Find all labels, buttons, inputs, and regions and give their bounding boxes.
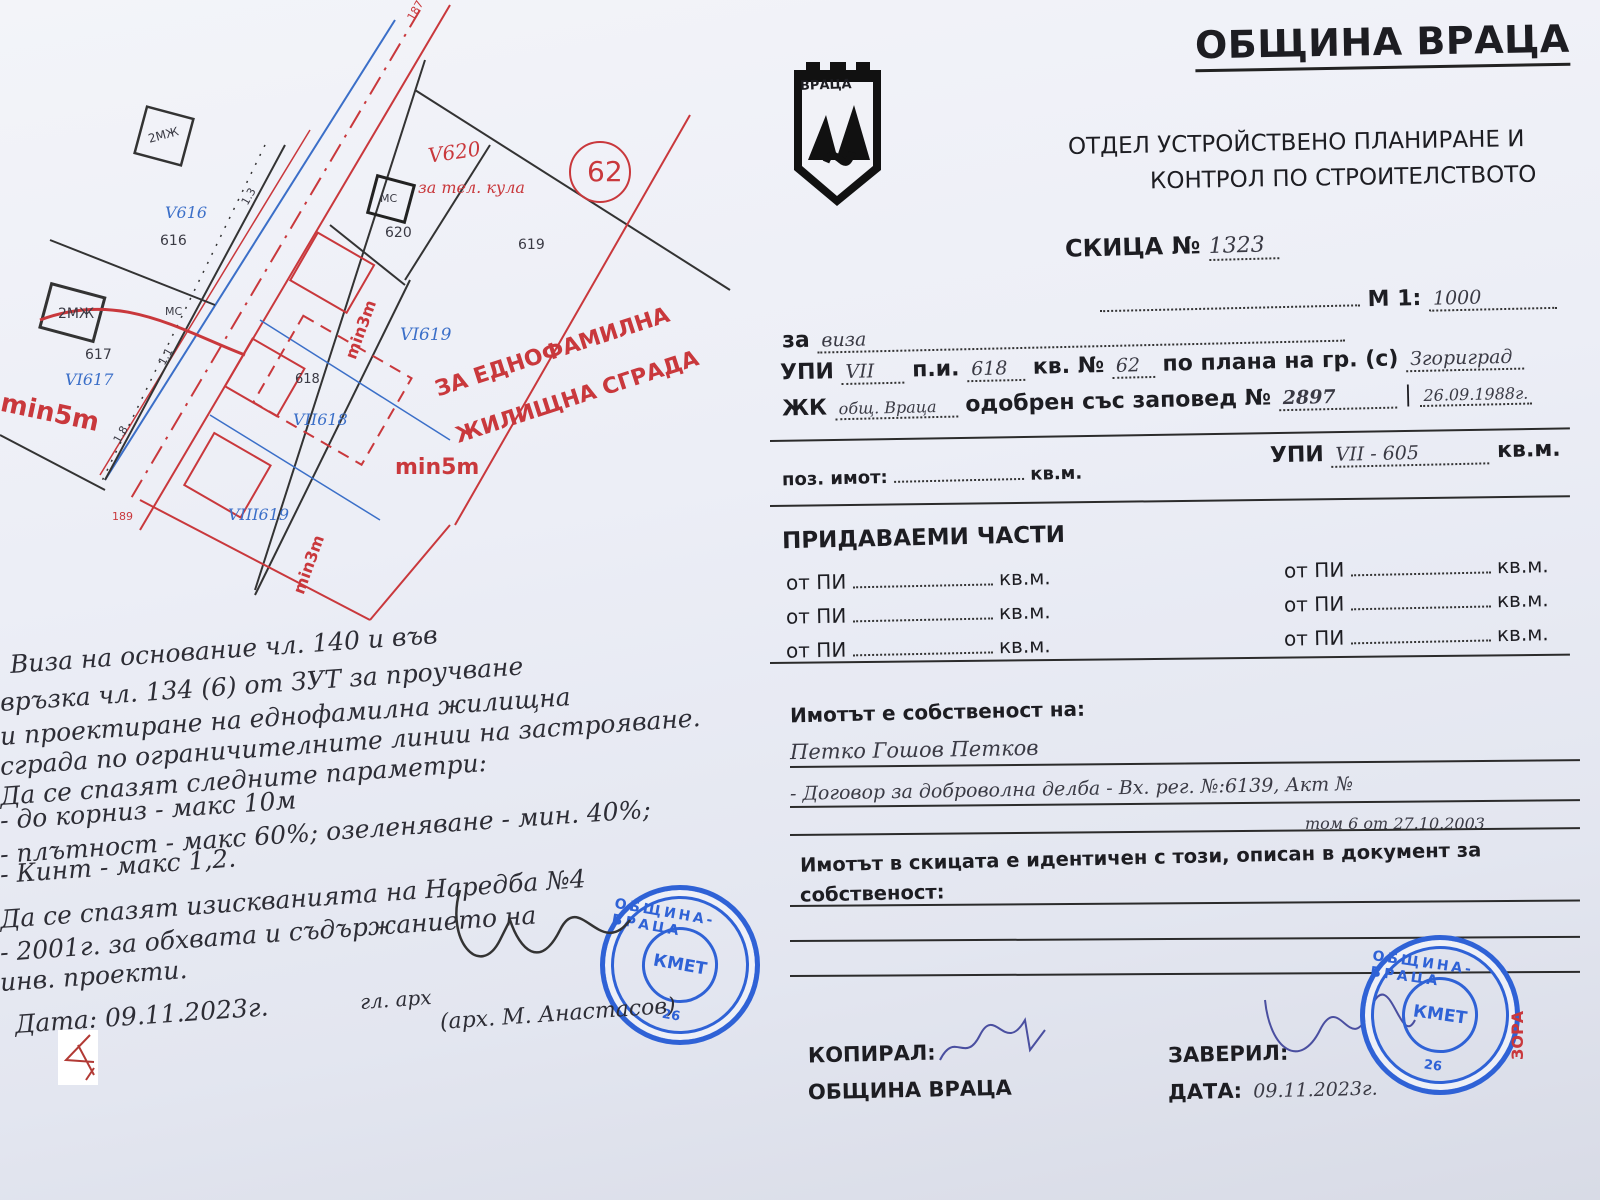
scale-row: М 1: 1000 xyxy=(1100,283,1557,319)
divider xyxy=(770,495,1570,507)
plot-619-vi-label: VI619 xyxy=(400,325,451,345)
block-number: 62 xyxy=(587,155,623,188)
upi2-value: VII - 605 xyxy=(1331,440,1490,468)
pi-617-label: 617 xyxy=(85,347,112,363)
plot-616-label: V616 xyxy=(165,203,207,222)
poz-label: поз. имот: xyxy=(782,467,888,490)
scale-label: М 1: xyxy=(1367,286,1421,312)
upi2-label: УПИ xyxy=(1270,442,1324,468)
crest-label: ВРАЦА xyxy=(800,77,852,94)
building-2mzh-label-2: 2МЖ xyxy=(58,306,94,322)
kv-label: кв. № xyxy=(1033,353,1105,380)
added-part-left-1: от ПИ кв.м. xyxy=(786,565,1051,595)
kv-value: 62 xyxy=(1112,354,1156,379)
signature-copied xyxy=(935,1010,1055,1070)
upi2-unit: кв.м. xyxy=(1497,437,1561,463)
setback-min5m-right: min5m xyxy=(395,455,479,480)
poz-row: поз. имот: кв.м. xyxy=(782,463,1083,491)
identical-text-2: собственост: xyxy=(800,880,945,906)
signature-architect xyxy=(440,880,640,990)
copied-label: КОПИРАЛ: xyxy=(808,1041,936,1068)
date-label: ДАТА: xyxy=(1168,1079,1242,1105)
plot-620-purpose: за тел. кула xyxy=(418,178,525,197)
building-ms-label: МС xyxy=(380,192,397,205)
zhk-label: ЖК xyxy=(782,395,827,421)
department-line-1: ОТДЕЛ УСТРОЙСТВЕНО ПЛАНИРАНЕ И xyxy=(1068,126,1525,160)
sketch-number-row: СКИЦА № 1323 xyxy=(1065,229,1279,265)
pi-value: 618 xyxy=(967,357,1026,382)
added-part-right-1: от ПИ кв.м. xyxy=(1284,553,1549,583)
zhk-value: общ. Враца xyxy=(834,397,957,421)
identical-text: Имотът в скицата е идентичен с този, опи… xyxy=(800,838,1482,876)
for-label: за xyxy=(782,328,810,354)
order-number: 2897 xyxy=(1279,385,1398,412)
for-value: виза xyxy=(817,318,1345,354)
added-part-left-2: от ПИ кв.м. xyxy=(786,599,1051,629)
chief-architect-title: гл. арх xyxy=(359,985,432,1014)
date-value: 09.11.2023г. xyxy=(1249,1078,1382,1103)
watermark-logo xyxy=(58,1030,98,1085)
watermark-right: ЗОРА xyxy=(1508,1011,1527,1060)
sketch-number-label: СКИЦА № xyxy=(1065,231,1201,263)
ownership-deed: - Договор за доброволна делба - Вх. рег.… xyxy=(790,773,1354,805)
upi2-row: УПИ VII - 605 кв.м. xyxy=(1270,437,1561,470)
owner-name: Петко Гошов Петков xyxy=(790,736,1039,764)
municipality-title: ОБЩИНА ВРАЦА xyxy=(1195,17,1571,73)
copied-by: ОБЩИНА ВРАЦА xyxy=(808,1076,1012,1105)
approved-label: одобрен със заповед № xyxy=(965,385,1271,417)
added-part-right-2: от ПИ кв.м. xyxy=(1284,587,1549,617)
zora-logo-icon xyxy=(58,1030,98,1085)
upi-label: УПИ xyxy=(780,359,834,385)
plan-value: Згориград xyxy=(1406,346,1525,373)
added-parts-title: ПРИДАВАЕМИ ЧАСТИ xyxy=(782,522,1066,554)
pi-616-label: 616 xyxy=(160,233,187,249)
order-date: 26.09.1988г. xyxy=(1419,383,1532,407)
pi-620-label: 620 xyxy=(385,225,412,241)
ownership-title: Имотът е собственост на: xyxy=(790,697,1086,728)
building-ms-label-2: МС xyxy=(165,305,182,318)
department-line-2: КОНТРОЛ ПО СТРОИТЕЛСТВОТО xyxy=(1150,162,1537,195)
plan-label: по плана на гр. (с) xyxy=(1162,346,1398,376)
zhk-row: ЖК общ. Враца одобрен със заповед № 2897… xyxy=(782,379,1533,422)
plot-618-label: VII618 xyxy=(293,410,348,429)
scale-value: 1000 xyxy=(1429,285,1558,312)
added-part-right-3: от ПИ кв.м. xyxy=(1284,621,1549,651)
sketch-number-value: 1323 xyxy=(1208,232,1279,261)
pi-618-label: 618 xyxy=(295,372,320,387)
point-189: 189 xyxy=(112,510,133,523)
plot-617-label: VI617 xyxy=(65,370,113,389)
added-part-left-3: от ПИ кв.м. xyxy=(786,633,1051,663)
note-date: Дата: 09.11.2023г. xyxy=(14,992,269,1039)
poz-unit: кв.м. xyxy=(1030,463,1082,485)
pi-label: п.и. xyxy=(912,356,960,382)
upi-value: VII xyxy=(841,360,905,385)
plot-619-viii-label: VIII619 xyxy=(228,505,289,524)
pi-619-label: 619 xyxy=(518,237,545,253)
